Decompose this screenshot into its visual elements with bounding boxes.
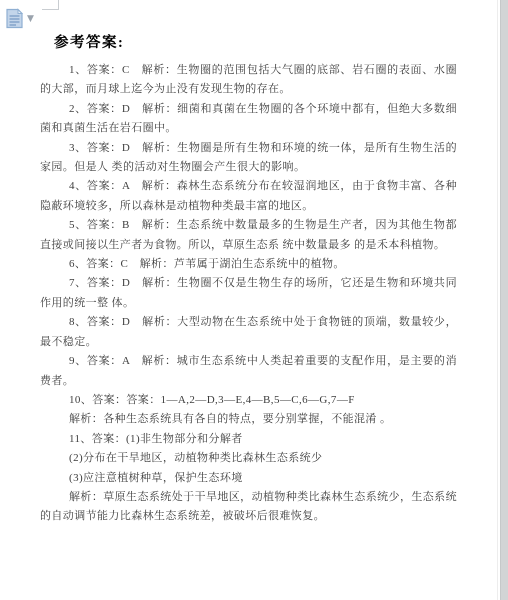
answer-paragraph-4: 4、答案：A 解析：森林生态系统分布在较湿润地区，由于食物丰富、各种隐蔽环境较多… [40, 177, 457, 216]
document-content: 参考答案: 1、答案：C 解析：生物圈的范围包括大气圈的底部、岩石圈的表面、水圈… [40, 31, 457, 527]
answer-paragraph-3: 3、答案：D 解析：生物圈是所有生物和环境的统一体，是所有生物生活的家园。但是人… [40, 139, 457, 178]
margin-crop-mark [42, 0, 59, 10]
answer-paragraph-9: 9、答案：A 解析：城市生态系统中人类起着重要的支配作用，是主要的消费者。 [40, 352, 457, 391]
answer-paragraph-7: 7、答案：D 解析：生物圈不仅是生物生存的场所，它还是生物和环境共同作用的统一整… [40, 274, 457, 313]
paste-clipboard-icon [5, 8, 24, 29]
answer-paragraph-11-part2: (2)分布在干旱地区，动植物种类比森林生态系统少 [40, 449, 457, 468]
answer-paragraph-10-analysis: 解析：各种生态系统具有各自的特点，要分别掌握，不能混淆 。 [40, 410, 457, 429]
answer-paragraph-6: 6、答案：C 解析：芦苇属于湖泊生态系统中的植物。 [40, 255, 457, 274]
answer-paragraph-5: 5、答案：B 解析：生态系统中数量最多的生物是生产者，因为其他生物都直接或间接以… [40, 216, 457, 255]
answer-paragraph-10: 10、答案：答案：1—A,2—D,3—E,4—B,5—C,6—G,7—F [40, 391, 457, 410]
paste-options-button[interactable]: ▼ [5, 4, 45, 32]
answer-paragraph-1: 1、答案：C 解析：生物圈的范围包括大气圈的底部、岩石圈的表面、水圈的大部，而月… [40, 61, 457, 100]
answer-paragraph-11-part3: (3)应注意植树种草，保护生态环境 [40, 469, 457, 488]
answer-paragraph-11: 11、答案：(1)非生物部分和分解者 [40, 430, 457, 449]
answer-paragraph-2: 2、答案：D 解析：细菌和真菌在生物圈的各个环境中都有，但绝大多数细菌和真菌生活… [40, 100, 457, 139]
page-title: 参考答案: [54, 31, 457, 52]
vertical-scrollbar[interactable] [500, 0, 508, 600]
page-edge-line [497, 0, 498, 600]
answer-paragraph-8: 8、答案：D 解析：大型动物在生态系统中处于食物链的顶端，数量较少，最不稳定。 [40, 313, 457, 352]
dropdown-caret-icon[interactable]: ▼ [27, 13, 34, 24]
document-page: { "toolbar": { "paste_button": { "icon":… [0, 0, 508, 600]
answer-paragraph-11-analysis: 解析：草原生态系统处于干旱地区，动植物种类比森林生态系统少，生态系统的自动调节能… [40, 488, 457, 527]
